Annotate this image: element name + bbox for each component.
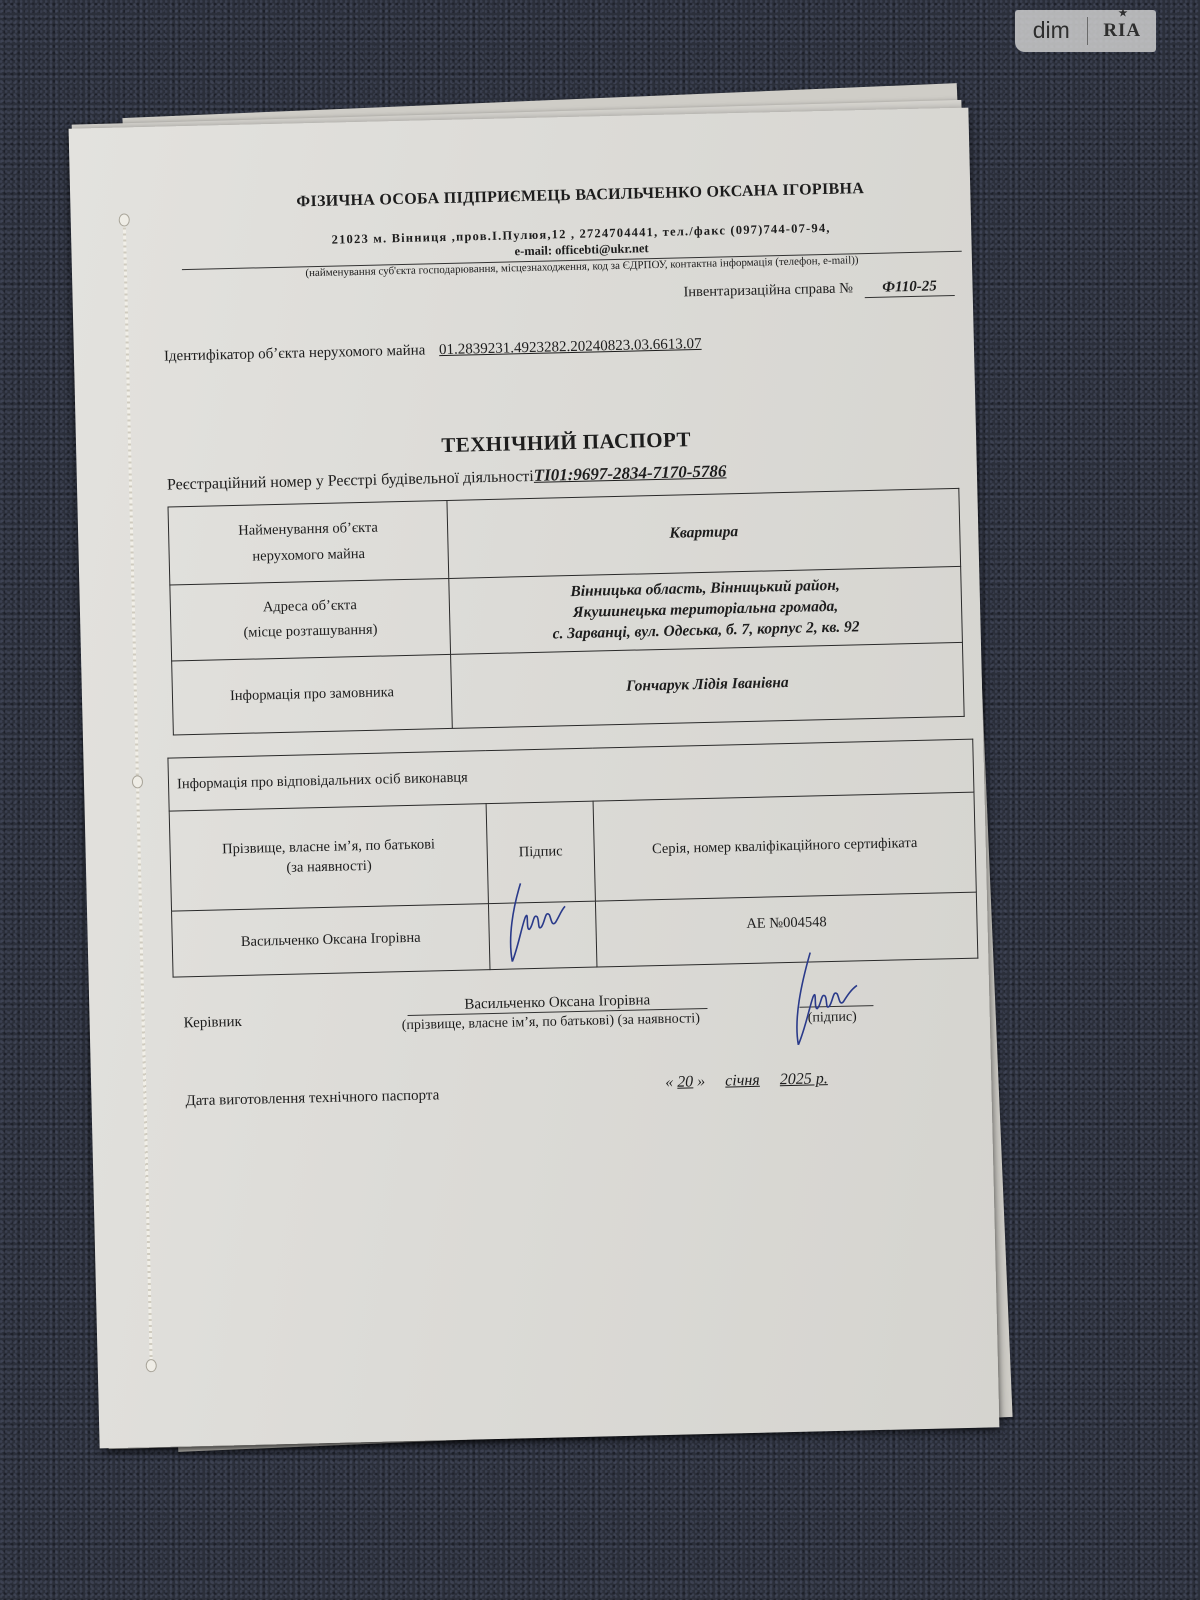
column-header-signature: Підпис <box>486 801 595 903</box>
binding-string-knot <box>119 213 130 226</box>
inventory-label: Інвентаризаційна справа № <box>683 280 853 300</box>
inventory-number: Ф110-25 <box>864 278 954 298</box>
date-month: січня <box>725 1072 760 1090</box>
binding-string <box>123 217 153 1367</box>
date-label: Дата виготовлення технічного паспорта <box>185 1087 439 1110</box>
object-address-label: Адреса об’єкта (місце розташування) <box>170 578 451 660</box>
property-identifier: Ідентифікатор об’єкта нерухомого майна 0… <box>164 330 964 366</box>
document-page: ФІЗИЧНА ОСОБА ПІДПРИЄМЕЦЬ ВАСИЛЬЧЕНКО ОК… <box>69 108 1000 1449</box>
document-content: ФІЗИЧНА ОСОБА ПІДПРИЄМЕЦЬ ВАСИЛЬЧЕНКО ОК… <box>160 178 981 1115</box>
registration-label: Реєстраційний номер у Реєстрі будівельно… <box>167 468 534 494</box>
production-date-row: Дата виготовлення технічного паспорта « … <box>181 1066 981 1115</box>
organization-name: ФІЗИЧНА ОСОБА ПІДПРИЄМЕЦЬ ВАСИЛЬЧЕНКО ОК… <box>200 178 960 214</box>
signature-line <box>799 1005 873 1008</box>
executor-signature-cell <box>488 901 597 970</box>
binding-string-knot <box>132 775 143 788</box>
date-year: 2025 р. <box>780 1070 828 1088</box>
column-header-name: Прізвище, власне ім’я, по батькові (за н… <box>169 803 488 910</box>
executor-name: Васильченко Оксана Ігорівна <box>172 903 490 976</box>
object-name-label: Найменування об’єкта нерухомого майна <box>168 500 449 585</box>
dim-ria-watermark: dim ★ RIA <box>1015 10 1156 52</box>
identifier-label: Ідентифікатор об’єкта нерухомого майна <box>164 342 426 364</box>
date-value: « 20 » січня 2025 р. <box>665 1070 828 1092</box>
inventory-case: Інвентаризаційна справа № Ф110-25 <box>163 278 963 315</box>
date-day: 20 <box>677 1073 693 1090</box>
star-icon: ★ <box>1118 8 1128 19</box>
customer-value: Гончарук Лідія Іванівна <box>451 642 965 728</box>
head-signature-row: Керівник Васильченко Оксана Ігорівна (пр… <box>179 984 980 1063</box>
head-label: Керівник <box>183 1014 242 1032</box>
signature-caption: (підпис) <box>808 1009 857 1026</box>
watermark-ria-text: RIA <box>1103 20 1141 41</box>
registration-value: ТІ01:9697-2834-7170-5786 <box>534 461 727 485</box>
certificate-number: АЕ №004548 <box>595 892 977 967</box>
column-header-certificate: Серія, номер кваліфікаційного сертифікат… <box>593 792 976 901</box>
customer-label: Інформація про замовника <box>172 654 453 735</box>
binding-string-knot <box>146 1359 157 1372</box>
watermark-dim-text: dim <box>1015 17 1088 45</box>
identifier-value: 01.2839231.4923282.20240823.03.6613.07 <box>439 336 702 358</box>
object-info-table: Найменування об’єкта нерухомого майна Кв… <box>168 488 965 735</box>
object-address-value: Вінницька область, Вінницький район, Яку… <box>449 566 963 654</box>
table-row: Прізвище, власне ім’я, по батькові (за н… <box>169 792 976 911</box>
watermark-ria-logo: ★ RIA <box>1088 20 1156 42</box>
object-name-value: Квартира <box>447 488 961 578</box>
executor-info-table: Інформація про відповідальних осіб викон… <box>167 738 978 977</box>
